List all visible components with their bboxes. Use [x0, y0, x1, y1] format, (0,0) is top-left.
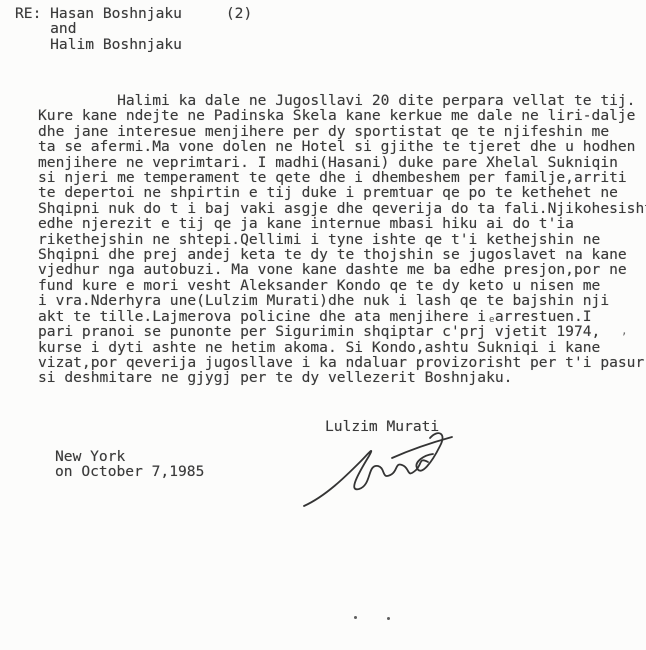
- handwritten-signature-icon: [298, 424, 468, 514]
- overtype-correction-mark: e: [489, 315, 494, 325]
- letter-body-paragraph: Halimi ka dale ne Jugosllavi 20 dite per…: [38, 93, 646, 386]
- ink-dot-artifact: [354, 616, 357, 619]
- stray-ink-mark: ‚: [621, 324, 628, 337]
- ink-dot-artifact: [387, 617, 390, 620]
- letter-header: RE: Hasan Boshnjaku (2) and Halim Boshnj…: [15, 6, 252, 52]
- dateline: New York on October 7,1985: [55, 449, 204, 480]
- typewritten-letter-page: RE: Hasan Boshnjaku (2) and Halim Boshnj…: [0, 0, 646, 650]
